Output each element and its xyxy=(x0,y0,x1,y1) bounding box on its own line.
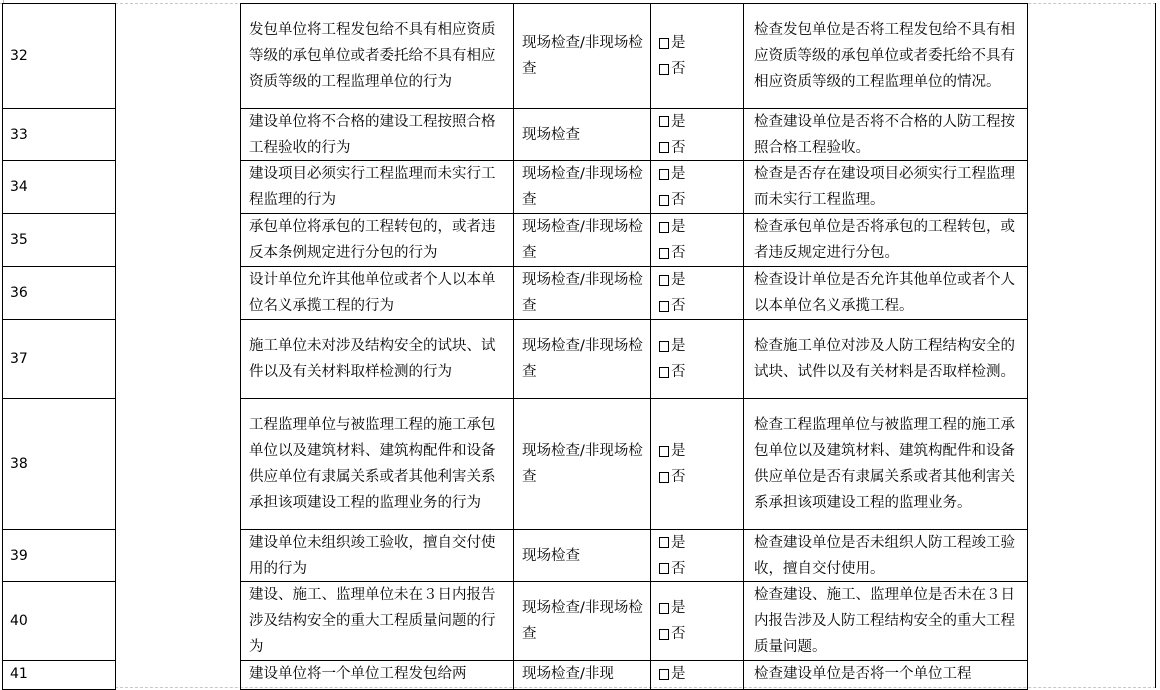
yes-label: 是 xyxy=(671,161,686,187)
method-cell: 现场检查/非现场检查 xyxy=(513,319,651,399)
checkbox-cell: 是 否 xyxy=(650,581,744,661)
content-text: 检查发包单位是否将工程发包给不具有相应资质等级的承包单位或者委托给不具有相应资质… xyxy=(754,17,1023,95)
behavior-cell: 施工单位未对涉及结构安全的试块、试件以及有关材料取样检测的行为 xyxy=(240,319,514,399)
table-row: 34 建设项目必须实行工程监理而未实行工程监理的行为 现场检查/非现场检查 是 … xyxy=(2,160,1028,214)
checkbox-cell: 是 否 xyxy=(650,398,744,530)
row-number-cell: 39 xyxy=(2,529,116,582)
table-row: 39 建设单位未组织竣工验收，擅自交付使用的行为 现场检查 是 否 检查建设单位… xyxy=(2,529,1028,582)
method-cell: 现场检查/非现 xyxy=(513,660,651,690)
no-label: 否 xyxy=(671,240,686,266)
no-option[interactable]: 否 xyxy=(659,556,737,582)
content-cell: 检查承包单位是否将承包的工程转包，或者违反规定进行分包。 xyxy=(743,213,1028,267)
no-checkbox[interactable] xyxy=(659,64,669,75)
yes-option[interactable]: 是 xyxy=(659,30,737,56)
no-option[interactable]: 否 xyxy=(659,56,737,82)
yes-label: 是 xyxy=(671,661,686,687)
content-text: 检查承包单位是否将承包的工程转包，或者违反规定进行分包。 xyxy=(754,214,1023,266)
behavior-cell: 设计单位允许其他单位或者个人以本单位名义承揽工程的行为 xyxy=(240,266,514,320)
method-cell: 现场检查/非现场检查 xyxy=(513,3,651,109)
yes-checkbox[interactable] xyxy=(659,341,669,352)
row-number: 35 xyxy=(10,227,28,253)
yes-label: 是 xyxy=(671,530,686,556)
no-checkbox[interactable] xyxy=(659,629,669,640)
row-number: 32 xyxy=(10,43,28,69)
row-number-cell: 32 xyxy=(2,3,116,109)
table-row: 38 工程监理单位与被监理工程的施工承包单位以及建筑材料、建筑构配件和设备供应单… xyxy=(2,398,1028,530)
checkbox-cell: 是 否 xyxy=(650,529,744,582)
checkbox-cell: 是 否 xyxy=(650,660,744,690)
table-row: 33 建设单位将不合格的建设工程按照合格工程验收的行为 现场检查 是 否 检查建… xyxy=(2,108,1028,161)
content-cell: 检查是否存在建设项目必须实行工程监理而未实行工程监理。 xyxy=(743,160,1028,214)
yes-checkbox[interactable] xyxy=(659,537,669,548)
row-number: 36 xyxy=(10,280,28,306)
table-row: 37 施工单位未对涉及结构安全的试块、试件以及有关材料取样检测的行为 现场检查/… xyxy=(2,319,1028,399)
yes-option[interactable]: 是 xyxy=(659,333,737,359)
row-number-cell: 33 xyxy=(2,108,116,161)
yes-label: 是 xyxy=(671,109,686,135)
no-label: 否 xyxy=(671,56,686,82)
behavior-cell: 建设单位将不合格的建设工程按照合格工程验收的行为 xyxy=(240,108,514,161)
yes-checkbox[interactable] xyxy=(659,38,669,49)
yes-checkbox[interactable] xyxy=(659,169,669,180)
yes-option[interactable]: 是 xyxy=(659,661,737,687)
yes-label: 是 xyxy=(671,595,686,621)
yes-label: 是 xyxy=(671,267,686,293)
content-cell: 检查建设单位是否未组织人防工程竣工验收，擅自交付使用。 xyxy=(743,529,1028,582)
behavior-cell: 承包单位将承包的工程转包的，或者违反本条例规定进行分包的行为 xyxy=(240,213,514,267)
yes-option[interactable]: 是 xyxy=(659,109,737,135)
row-number-cell: 37 xyxy=(2,319,116,399)
content-text: 检查建设、施工、监理单位是否未在３日内报告涉及人防工程结构安全的重大工程质量问题… xyxy=(754,582,1023,660)
behavior-text: 建设单位将一个单位工程发包给两 xyxy=(249,661,509,687)
method-text: 现场检查/非现场检查 xyxy=(522,30,644,82)
no-label: 否 xyxy=(671,556,686,582)
no-checkbox[interactable] xyxy=(659,195,669,206)
yes-label: 是 xyxy=(671,30,686,56)
row-number: 40 xyxy=(10,608,28,634)
content-text: 检查是否存在建设项目必须实行工程监理而未实行工程监理。 xyxy=(754,161,1023,213)
behavior-text: 施工单位未对涉及结构安全的试块、试件以及有关材料取样检测的行为 xyxy=(249,333,509,385)
no-option[interactable]: 否 xyxy=(659,359,737,385)
content-cell: 检查建设单位是否将不合格的人防工程按照合格工程验收。 xyxy=(743,108,1028,161)
behavior-text: 设计单位允许其他单位或者个人以本单位名义承揽工程的行为 xyxy=(249,267,509,319)
yes-option[interactable]: 是 xyxy=(659,530,737,556)
method-text: 现场检查/非现场检查 xyxy=(522,595,644,647)
method-cell: 现场检查/非现场检查 xyxy=(513,160,651,214)
content-text: 检查工程监理单位与被监理工程的施工承包单位以及建筑材料、建筑构配件和设备供应单位… xyxy=(754,412,1023,516)
content-cell: 检查发包单位是否将工程发包给不具有相应资质等级的承包单位或者委托给不具有相应资质… xyxy=(743,3,1028,109)
row-number-cell: 35 xyxy=(2,213,116,267)
row-number-cell: 36 xyxy=(2,266,116,320)
content-text: 检查建设单位是否将不合格的人防工程按照合格工程验收。 xyxy=(754,109,1023,161)
row-number: 33 xyxy=(10,122,28,148)
yes-option[interactable]: 是 xyxy=(659,595,737,621)
content-text: 检查建设单位是否将一个单位工程 xyxy=(754,661,1023,687)
row-number: 39 xyxy=(10,543,28,569)
behavior-cell: 建设单位未组织竣工验收，擅自交付使用的行为 xyxy=(240,529,514,582)
row-number-cell: 41 xyxy=(2,660,116,690)
yes-checkbox[interactable] xyxy=(659,603,669,614)
yes-label: 是 xyxy=(671,214,686,240)
checkbox-cell: 是 否 xyxy=(650,160,744,214)
method-text: 现场检查/非现场检查 xyxy=(522,333,644,385)
checkbox-cell: 是 否 xyxy=(650,266,744,320)
no-label: 否 xyxy=(671,464,686,490)
method-text: 现场检查/非现场检查 xyxy=(522,267,644,319)
content-text: 检查施工单位对涉及人防工程结构安全的试块、试件以及有关材料是否取样检测。 xyxy=(754,333,1023,385)
behavior-cell: 建设项目必须实行工程监理而未实行工程监理的行为 xyxy=(240,160,514,214)
method-cell: 现场检查 xyxy=(513,108,651,161)
row-number-cell: 34 xyxy=(2,160,116,214)
no-checkbox[interactable] xyxy=(659,301,669,312)
method-text: 现场检查 xyxy=(522,543,644,569)
no-checkbox[interactable] xyxy=(659,248,669,259)
method-text: 现场检查/非现场检查 xyxy=(522,161,644,213)
row-number: 37 xyxy=(10,346,28,372)
no-checkbox[interactable] xyxy=(659,142,669,153)
yes-checkbox[interactable] xyxy=(659,275,669,286)
no-checkbox[interactable] xyxy=(659,472,669,483)
yes-option[interactable]: 是 xyxy=(659,161,737,187)
row-number: 41 xyxy=(10,661,28,687)
page-right-border xyxy=(1155,3,1156,688)
no-label: 否 xyxy=(671,621,686,647)
table-row: 41 建设单位将一个单位工程发包给两 现场检查/非现 是 否 检查建设单位是否将… xyxy=(2,660,1028,690)
yes-option[interactable]: 是 xyxy=(659,438,737,464)
method-cell: 现场检查/非现场检查 xyxy=(513,266,651,320)
method-text: 现场检查 xyxy=(522,122,644,148)
behavior-text: 建设项目必须实行工程监理而未实行工程监理的行为 xyxy=(249,161,509,213)
content-cell: 检查设计单位是否允许其他单位或者个人以本单位名义承揽工程。 xyxy=(743,266,1028,320)
table-row: 35 承包单位将承包的工程转包的，或者违反本条例规定进行分包的行为 现场检查/非… xyxy=(2,213,1028,267)
no-label: 否 xyxy=(671,135,686,161)
behavior-text: 发包单位将工程发包给不具有相应资质等级的承包单位或者委托给不具有相应资质等级的工… xyxy=(249,17,509,95)
behavior-text: 工程监理单位与被监理工程的施工承包单位以及建筑材料、建筑构配件和设备供应单位有隶… xyxy=(249,412,509,516)
behavior-text: 建设单位未组织竣工验收，擅自交付使用的行为 xyxy=(249,530,509,582)
table-row: 36 设计单位允许其他单位或者个人以本单位名义承揽工程的行为 现场检查/非现场检… xyxy=(2,266,1028,320)
yes-option[interactable]: 是 xyxy=(659,267,737,293)
row-number-cell: 40 xyxy=(2,581,116,661)
behavior-cell: 建设单位将一个单位工程发包给两 xyxy=(240,660,514,690)
checkbox-cell: 是 否 xyxy=(650,213,744,267)
yes-checkbox[interactable] xyxy=(659,446,669,457)
yes-checkbox[interactable] xyxy=(659,222,669,233)
yes-checkbox[interactable] xyxy=(659,669,669,680)
behavior-cell: 建设、施工、监理单位未在３日内报告涉及结构安全的重大工程质量问题的行为 xyxy=(240,581,514,661)
method-cell: 现场检查/非现场检查 xyxy=(513,398,651,530)
no-label: 否 xyxy=(671,359,686,385)
table-row: 32 发包单位将工程发包给不具有相应资质等级的承包单位或者委托给不具有相应资质等… xyxy=(2,3,1028,109)
content-text: 检查设计单位是否允许其他单位或者个人以本单位名义承揽工程。 xyxy=(754,267,1023,319)
no-option[interactable]: 否 xyxy=(659,187,737,213)
behavior-text: 建设单位将不合格的建设工程按照合格工程验收的行为 xyxy=(249,109,509,161)
method-text: 现场检查/非现场检查 xyxy=(522,438,644,490)
behavior-text: 建设、施工、监理单位未在３日内报告涉及结构安全的重大工程质量问题的行为 xyxy=(249,582,509,660)
content-cell: 检查建设单位是否将一个单位工程 xyxy=(743,660,1028,690)
no-checkbox[interactable] xyxy=(659,367,669,378)
no-option[interactable]: 否 xyxy=(659,135,737,161)
no-option[interactable]: 否 xyxy=(659,240,737,266)
table-row: 40 建设、施工、监理单位未在３日内报告涉及结构安全的重大工程质量问题的行为 现… xyxy=(2,581,1028,661)
method-cell: 现场检查/非现场检查 xyxy=(513,213,651,267)
no-option[interactable]: 否 xyxy=(659,621,737,647)
yes-checkbox[interactable] xyxy=(659,116,669,127)
no-option[interactable]: 否 xyxy=(659,464,737,490)
behavior-text: 承包单位将承包的工程转包的，或者违反本条例规定进行分包的行为 xyxy=(249,214,509,266)
method-cell: 现场检查 xyxy=(513,529,651,582)
method-cell: 现场检查/非现场检查 xyxy=(513,581,651,661)
behavior-cell: 发包单位将工程发包给不具有相应资质等级的承包单位或者委托给不具有相应资质等级的工… xyxy=(240,3,514,109)
row-number: 34 xyxy=(10,174,28,200)
no-label: 否 xyxy=(671,187,686,213)
behavior-cell: 工程监理单位与被监理工程的施工承包单位以及建筑材料、建筑构配件和设备供应单位有隶… xyxy=(240,398,514,530)
yes-option[interactable]: 是 xyxy=(659,214,737,240)
no-label: 否 xyxy=(671,293,686,319)
checkbox-cell: 是 否 xyxy=(650,3,744,109)
no-option[interactable]: 否 xyxy=(659,293,737,319)
row-number-cell: 38 xyxy=(2,398,116,530)
row-number: 38 xyxy=(10,451,28,477)
checkbox-cell: 是 否 xyxy=(650,319,744,399)
no-checkbox[interactable] xyxy=(659,563,669,574)
content-text: 检查建设单位是否未组织人防工程竣工验收，擅自交付使用。 xyxy=(754,530,1023,582)
yes-label: 是 xyxy=(671,438,686,464)
content-cell: 检查建设、施工、监理单位是否未在３日内报告涉及人防工程结构安全的重大工程质量问题… xyxy=(743,581,1028,661)
content-cell: 检查施工单位对涉及人防工程结构安全的试块、试件以及有关材料是否取样检测。 xyxy=(743,319,1028,399)
method-text: 现场检查/非现 xyxy=(522,661,644,687)
content-cell: 检查工程监理单位与被监理工程的施工承包单位以及建筑材料、建筑构配件和设备供应单位… xyxy=(743,398,1028,530)
yes-label: 是 xyxy=(671,333,686,359)
method-text: 现场检查/非现场检查 xyxy=(522,214,644,266)
checkbox-cell: 是 否 xyxy=(650,108,744,161)
